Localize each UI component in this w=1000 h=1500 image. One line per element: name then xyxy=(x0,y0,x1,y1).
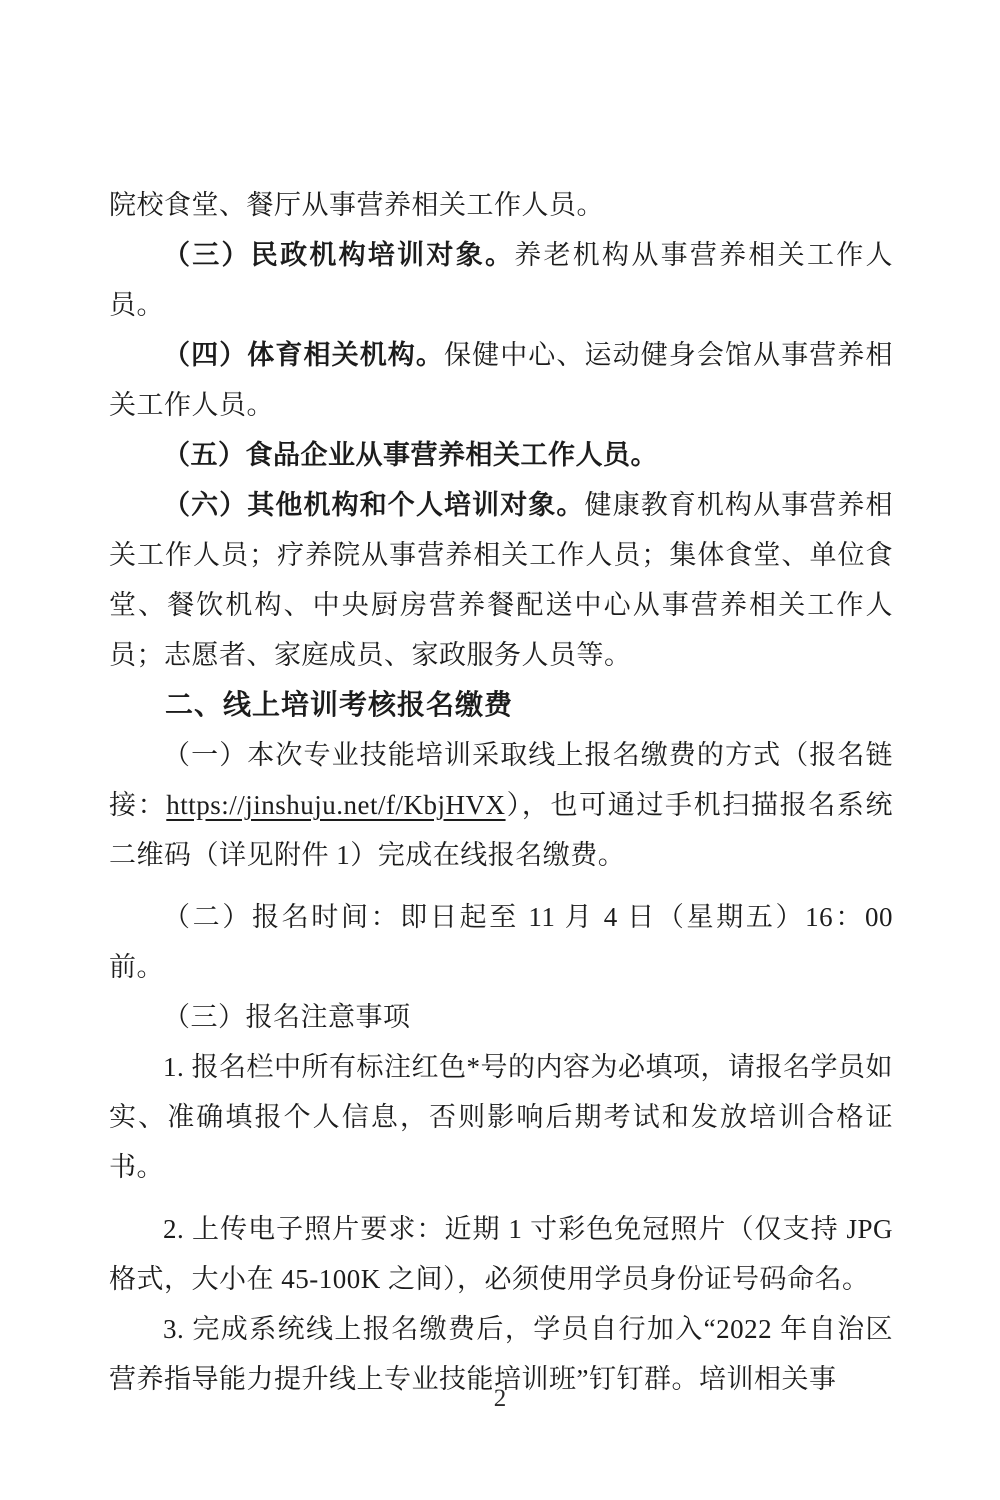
paragraph: （五）食品企业从事营养相关工作人员。 xyxy=(109,430,893,480)
text-run: 3. 完成系统线上报名缴费后，学员自行加入“2022 年自治区营养指导能力提升线… xyxy=(109,1314,893,1394)
document-page: 院校食堂、餐厅从事营养相关工作人员。（三）民政机构培训对象。养老机构从事营养相关… xyxy=(0,0,1000,1500)
paragraph: （四）体育相关机构。保健中心、运动健身会馆从事营养相关工作人员。 xyxy=(109,330,893,430)
text-run: （三）报名注意事项 xyxy=(163,1002,411,1032)
text-run: （四）体育相关机构。 xyxy=(163,340,444,370)
text-run: 二、线上培训考核报名缴费 xyxy=(165,689,513,720)
paragraph: 院校食堂、餐厅从事营养相关工作人员。 xyxy=(109,180,893,230)
paragraph: （三）报名注意事项 xyxy=(109,992,893,1042)
text-run: 1. 报名栏中所有标注红色*号的内容为必填项，请报名学员如实、准确填报个人信息，… xyxy=(109,1052,893,1182)
paragraph: （六）其他机构和个人培训对象。健康教育机构从事营养相关工作人员；疗养院从事营养相… xyxy=(109,480,893,680)
page-number: 2 xyxy=(0,1385,1000,1413)
text-run: （六）其他机构和个人培训对象。 xyxy=(163,490,585,520)
text-run: 院校食堂、餐厅从事营养相关工作人员。 xyxy=(109,190,604,220)
document-body: 院校食堂、餐厅从事营养相关工作人员。（三）民政机构培训对象。养老机构从事营养相关… xyxy=(109,180,893,1404)
registration-link: https://jinshuju.net/f/KbjHVX xyxy=(166,790,505,820)
paragraph: （二）报名时间：即日起至 11 月 4 日（星期五）16：00 前。 xyxy=(109,892,893,992)
section-heading: 二、线上培训考核报名缴费 xyxy=(109,680,893,730)
text-run: （五）食品企业从事营养相关工作人员。 xyxy=(163,440,658,470)
paragraph: （一）本次专业技能培训采取线上报名缴费的方式（报名链接：https://jins… xyxy=(109,730,893,880)
paragraph: 2. 上传电子照片要求：近期 1 寸彩色免冠照片（仅支持 JPG 格式，大小在 … xyxy=(109,1204,893,1304)
text-run: （二）报名时间：即日起至 11 月 4 日（星期五）16：00 前。 xyxy=(109,902,893,982)
paragraph: （三）民政机构培训对象。养老机构从事营养相关工作人员。 xyxy=(109,230,893,330)
text-run: 2. 上传电子照片要求：近期 1 寸彩色免冠照片（仅支持 JPG 格式，大小在 … xyxy=(109,1214,893,1294)
paragraph: 1. 报名栏中所有标注红色*号的内容为必填项，请报名学员如实、准确填报个人信息，… xyxy=(109,1042,893,1192)
text-run: （三）民政机构培训对象。 xyxy=(163,240,514,270)
